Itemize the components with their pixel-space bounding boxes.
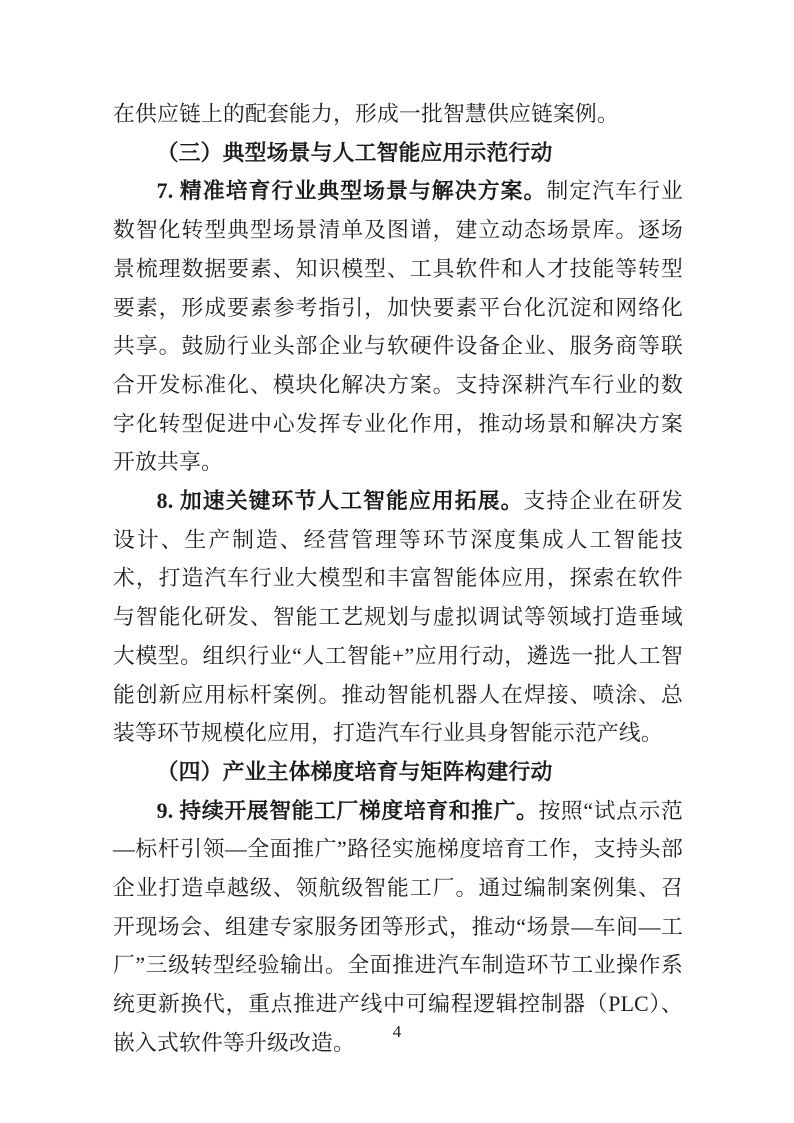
paragraph-lead-bold: 8. 加速关键环节人工智能应用拓展。 — [157, 489, 524, 513]
paragraph-text: 按照“试点示范—标杆引领—全面推广”路径实施梯度培育工作，支持头部企业打造卓越级… — [113, 799, 683, 1055]
paragraph-continuation: 在供应链上的配套能力，形成一批智慧供应链案例。 — [113, 95, 683, 134]
paragraph-lead-bold: 7. 精准培育行业典型场景与解决方案。 — [157, 179, 547, 203]
paragraph-item-7: 7. 精准培育行业典型场景与解决方案。制定汽车行业数智化转型典型场景清单及图谱，… — [113, 172, 683, 482]
paragraph-text: 在供应链上的配套能力，形成一批智慧供应链案例。 — [113, 102, 619, 126]
paragraph-text: 制定汽车行业数智化转型典型场景清单及图谱，建立动态场景库。逐场景梳理数据要素、知… — [113, 179, 683, 474]
section-heading-text: （三）典型场景与人工智能应用示范行动 — [157, 141, 553, 165]
section-heading-3: （三）典型场景与人工智能应用示范行动 — [113, 134, 683, 173]
section-heading-4: （四）产业主体梯度培育与矩阵构建行动 — [113, 753, 683, 792]
paragraph-lead-bold: 9. 持续开展智能工厂梯度培育和推广。 — [157, 799, 539, 823]
document-page: 在供应链上的配套能力，形成一批智慧供应链案例。 （三）典型场景与人工智能应用示范… — [0, 0, 794, 1123]
document-content: 在供应链上的配套能力，形成一批智慧供应链案例。 （三）典型场景与人工智能应用示范… — [113, 95, 683, 1063]
page-number: 4 — [0, 1022, 794, 1042]
paragraph-text: 支持企业在研发设计、生产制造、经营管理等环节深度集成人工智能技术，打造汽车行业大… — [113, 489, 683, 745]
paragraph-item-8: 8. 加速关键环节人工智能应用拓展。支持企业在研发设计、生产制造、经营管理等环节… — [113, 482, 683, 753]
section-heading-text: （四）产业主体梯度培育与矩阵构建行动 — [157, 760, 553, 784]
